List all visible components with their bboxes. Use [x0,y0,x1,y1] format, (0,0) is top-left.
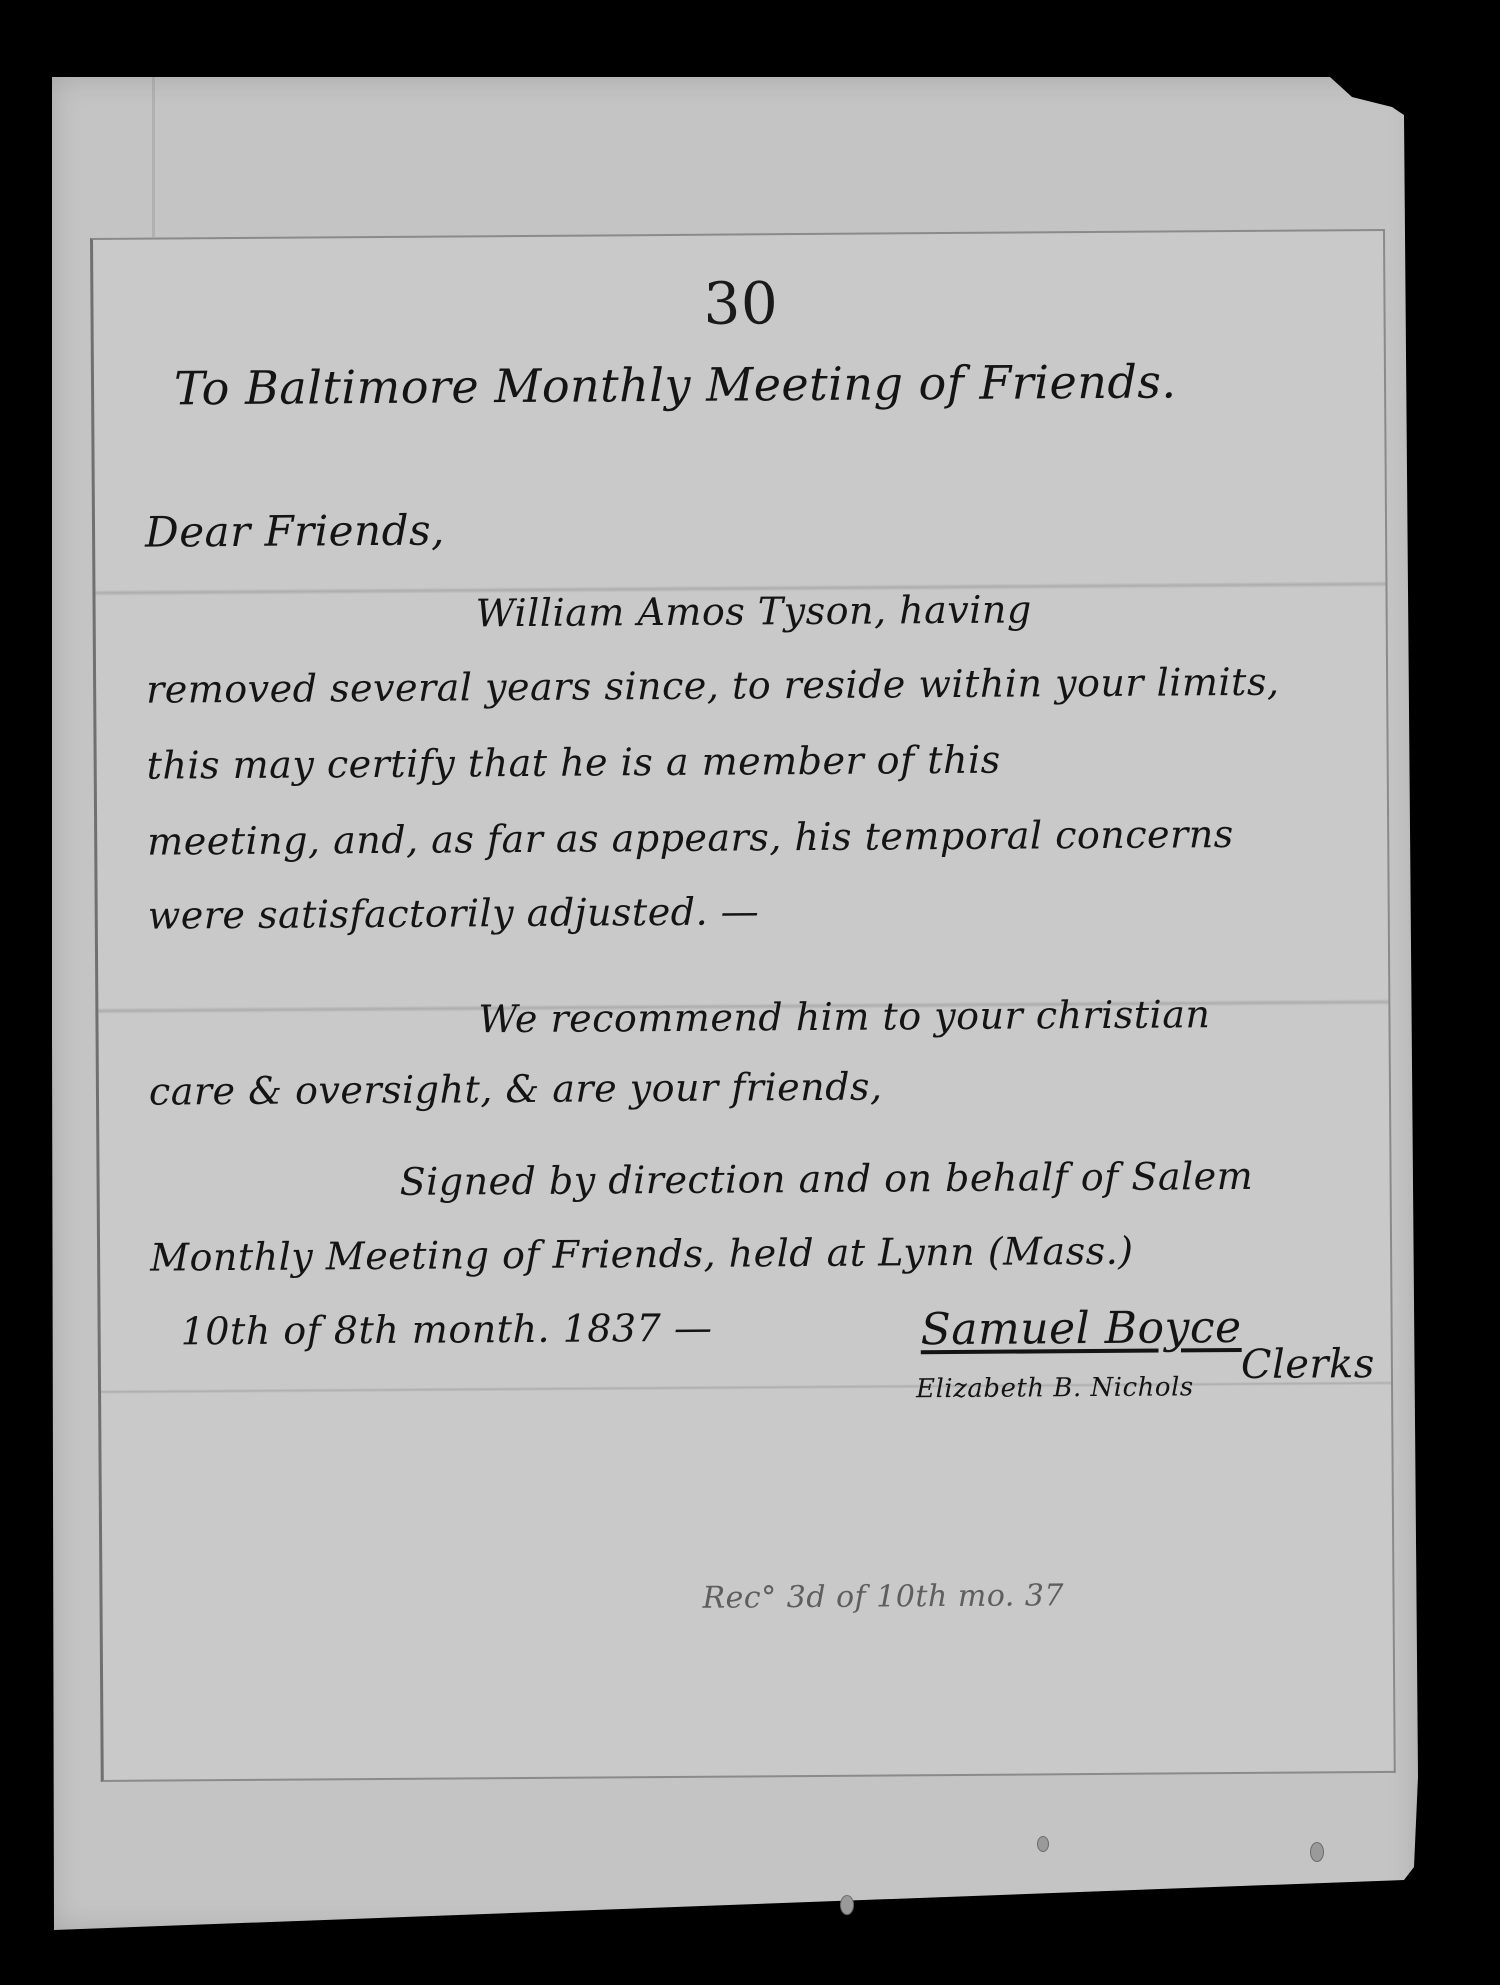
paper-hole [1037,1836,1049,1852]
paper-hole [1310,1842,1324,1862]
body-line: this may certify that he is a member of … [147,738,1001,788]
body-line: were satisfactorily adjusted. — [148,889,760,937]
signing-date-line: 10th of 8th month. 1837 — [180,1306,712,1354]
page-number: 30 [703,269,778,338]
letter-sheet: 30 To Baltimore Monthly Meeting of Frien… [90,229,1396,1782]
letter-addressee: To Baltimore Monthly Meeting of Friends. [174,354,1177,415]
body-line: removed several years since, to reside w… [146,660,1280,712]
signing-line: Monthly Meeting of Friends, held at Lynn… [150,1229,1134,1280]
signature-secondary: Elizabeth B. Nichols [916,1372,1194,1404]
body-line: care & oversight, & are your friends, [149,1064,883,1113]
body-line: We recommend him to your christian [478,992,1210,1041]
paper-hole [840,1895,854,1915]
body-line: meeting, and, as far as appears, his tem… [147,812,1234,864]
signature-title: Clerks [1241,1341,1375,1388]
signing-line: Signed by direction and on behalf of Sal… [399,1154,1253,1204]
letter-salutation: Dear Friends, [145,506,445,557]
fold-line [101,1381,1391,1394]
signature-primary: Samuel Boyce [920,1302,1241,1355]
received-note: Rec° 3d of 10th mo. 37 [702,1578,1064,1616]
body-line: William Amos Tyson, having [475,587,1031,635]
